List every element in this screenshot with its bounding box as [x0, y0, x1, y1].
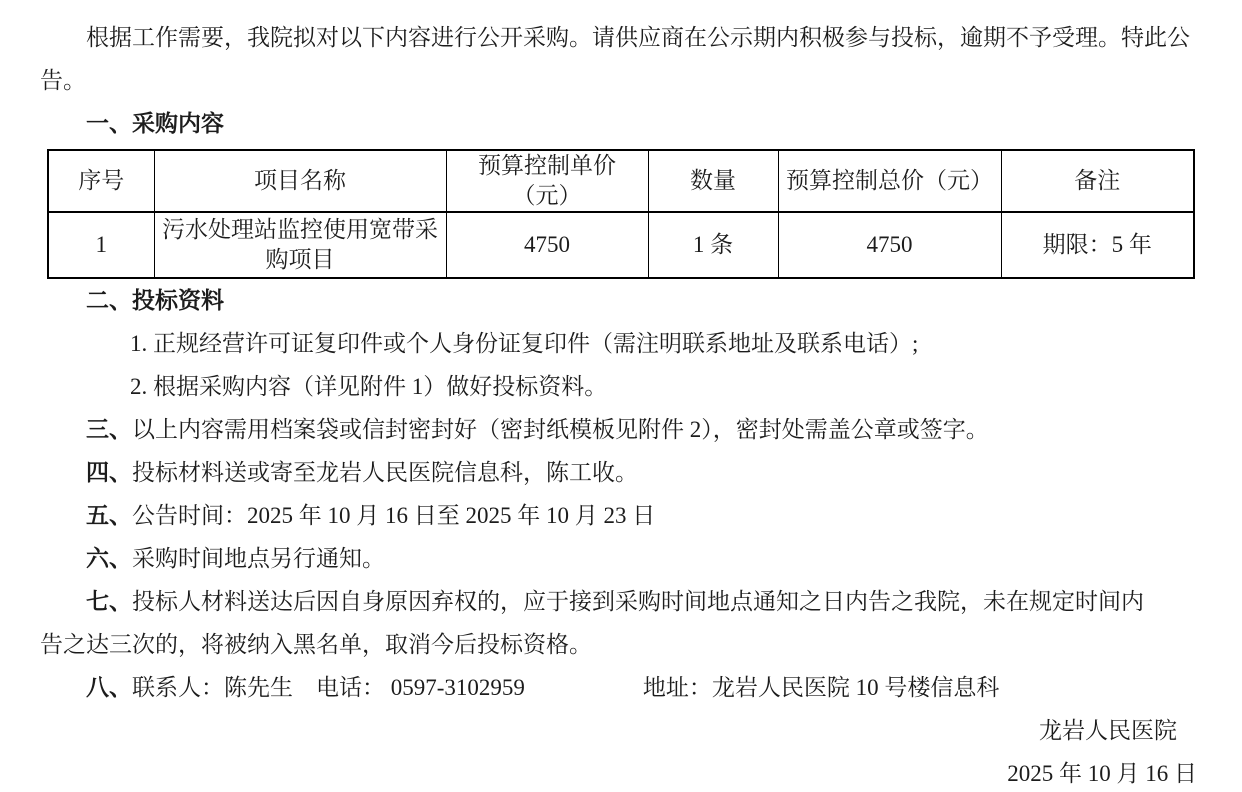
item-four-text: 投标材料送或寄至龙岩人民医院信息科，陈工收。: [132, 460, 638, 485]
cell-seq: 1: [48, 212, 154, 278]
column-header-unit-price: 预算控制单价（元）: [446, 150, 648, 212]
item-seven-line-1: 投标人材料送达后因自身原因弃权的，应于接到采购时间地点通知之日内告之我院，未在规…: [132, 589, 1144, 614]
table-header-row: 序号 项目名称 预算控制单价（元） 数量 预算控制总价（元） 备注: [48, 150, 1194, 212]
address-info: 地址：龙岩人民医院 10 号楼信息科: [643, 675, 1000, 700]
item-six-ordinal: 六、: [86, 546, 132, 571]
item-seven-line-2: 告之达三次的，将被纳入黑名单，取消今后投标资格。: [40, 632, 592, 657]
cell-remark: 期限：5 年: [1001, 212, 1194, 278]
item-three: 三、以上内容需用档案袋或信封密封好（密封纸模板见附件 2），密封处需盖公章或签字…: [40, 408, 1212, 451]
section-heading-bid-materials: 二、投标资料: [40, 279, 1212, 322]
item-six: 六、采购时间地点另行通知。: [40, 537, 1212, 580]
item-five-ordinal: 五、: [86, 503, 132, 528]
column-header-remark: 备注: [1001, 150, 1194, 212]
signature-date: 2025 年 10 月 16 日: [40, 752, 1212, 792]
item-four: 四、投标材料送或寄至龙岩人民医院信息科，陈工收。: [40, 451, 1212, 494]
contact-info: 联系人：陈先生 电话： 0597-3102959: [132, 675, 525, 700]
item-three-ordinal: 三、: [86, 417, 132, 442]
column-header-quantity: 数量: [648, 150, 778, 212]
sub-item-1: 1. 正规经营许可证复印件或个人身份证复印件（需注明联系地址及联系电话）;: [40, 322, 1212, 365]
section-heading-procurement-content: 一、采购内容: [40, 102, 1212, 145]
column-header-seq: 序号: [48, 150, 154, 212]
item-five: 五、公告时间：2025 年 10 月 16 日至 2025 年 10 月 23 …: [40, 494, 1212, 537]
procurement-table: 序号 项目名称 预算控制单价（元） 数量 预算控制总价（元） 备注 1 污水处理…: [47, 149, 1195, 279]
cell-quantity: 1 条: [648, 212, 778, 278]
cell-project-name: 污水处理站监控使用宽带采购项目: [154, 212, 446, 278]
item-four-ordinal: 四、: [86, 460, 132, 485]
item-seven: 七、投标人材料送达后因自身原因弃权的，应于接到采购时间地点通知之日内告之我院，未…: [40, 580, 1212, 666]
column-header-total-price: 预算控制总价（元）: [778, 150, 1001, 212]
intro-paragraph: 根据工作需要，我院拟对以下内容进行公开采购。请供应商在公示期内积极参与投标，逾期…: [40, 16, 1212, 102]
intro-line-1: 根据工作需要，我院拟对以下内容进行公开采购。请供应商在公示期内积极参与投标，逾期…: [40, 16, 1212, 59]
table-row: 1 污水处理站监控使用宽带采购项目 4750 1 条 4750 期限：5 年: [48, 212, 1194, 278]
item-eight-ordinal: 八、: [86, 675, 132, 700]
signature-organization: 龙岩人民医院: [40, 709, 1212, 752]
item-five-text: 公告时间：2025 年 10 月 16 日至 2025 年 10 月 23 日: [132, 503, 655, 528]
intro-line-2: 告。: [40, 59, 1212, 102]
item-eight: 八、联系人：陈先生 电话： 0597-3102959地址：龙岩人民医院 10 号…: [40, 666, 1212, 709]
cell-unit-price: 4750: [446, 212, 648, 278]
cell-total-price: 4750: [778, 212, 1001, 278]
item-seven-ordinal: 七、: [86, 589, 132, 614]
item-six-text: 采购时间地点另行通知。: [132, 546, 385, 571]
document-page: 根据工作需要，我院拟对以下内容进行公开采购。请供应商在公示期内积极参与投标，逾期…: [0, 0, 1242, 792]
column-header-project-name: 项目名称: [154, 150, 446, 212]
sub-item-2: 2. 根据采购内容（详见附件 1）做好投标资料。: [40, 365, 1212, 408]
item-three-text: 以上内容需用档案袋或信封密封好（密封纸模板见附件 2），密封处需盖公章或签字。: [132, 417, 989, 442]
